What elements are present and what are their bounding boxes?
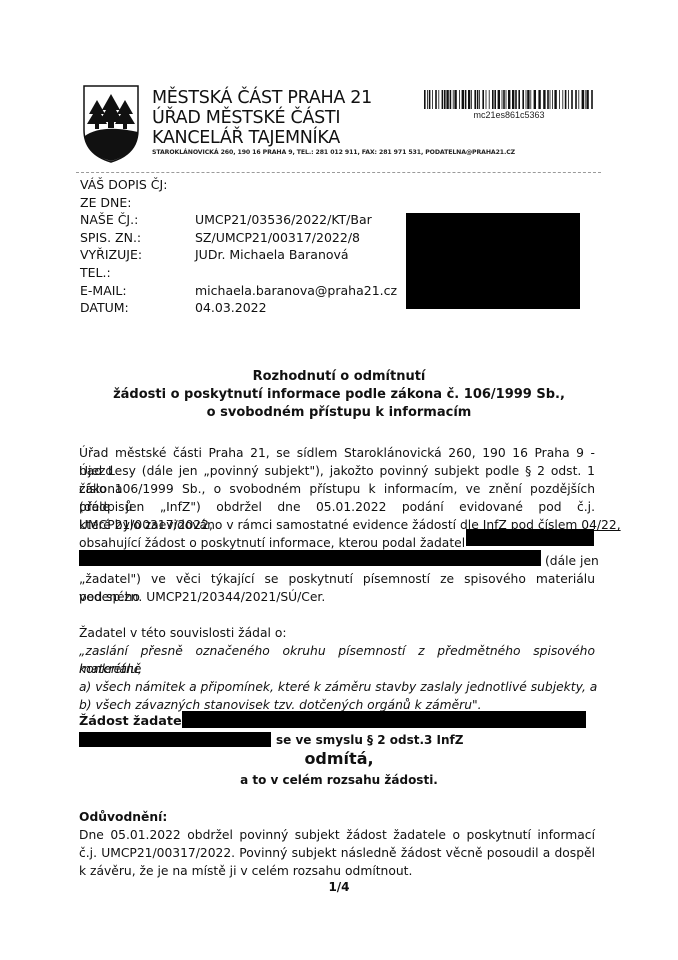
header-divider	[76, 172, 601, 173]
meta-label: NAŠE ČJ.:	[80, 212, 138, 227]
reasoning-line: k závěru, že je na místě ji v celém rozs…	[79, 862, 595, 880]
coat-of-arms-trees-icon	[82, 84, 140, 164]
meta-value: SZ/UMCP21/00317/2022/8	[195, 230, 360, 245]
org-name: MĚSTSKÁ ČÁST PRAHA 21	[152, 88, 372, 108]
request-item-a: a) všech námitek a připomínek, které k z…	[79, 678, 595, 696]
request-lead: Žadatel v této souvislosti žádal o:	[79, 624, 595, 642]
intro-line: pod sp.zn. UMCP21/20344/2021/SÚ/Cer.	[79, 588, 595, 606]
department-name: KANCELÁŘ TAJEMNÍKA	[152, 128, 340, 148]
decision-scope: a to v celém rozsahu žádosti.	[0, 772, 678, 788]
meta-label: E-MAIL:	[80, 283, 127, 298]
document-title: Rozhodnutí o odmítnutí	[0, 368, 678, 386]
meta-value: JUDr. Michaela Baranová	[195, 247, 349, 262]
reasoning-line: č.j. UMCP21/00317/2022. Povinný subjekt …	[79, 844, 595, 862]
barcode	[424, 90, 594, 109]
page-number: 1/4	[0, 880, 678, 894]
meta-label: VYŘIZUJE:	[80, 247, 142, 262]
meta-label: SPIS. ZN.:	[80, 230, 141, 245]
intro-line: (dále jen	[545, 552, 599, 570]
redacted-applicant-name	[466, 529, 594, 546]
redacted-applicant-cont	[79, 732, 271, 747]
meta-value: 04.03.2022	[195, 300, 267, 315]
document-title-line3: o svobodném přístupu k informacím	[0, 404, 678, 422]
contact-address: STAROKLÁNOVICKÁ 260, 190 16 PRAHA 9, TEL…	[152, 149, 515, 156]
reasoning-line: Dne 05.01.2022 obdržel povinný subjekt ž…	[79, 826, 595, 844]
meta-value: michaela.baranova@praha21.cz	[195, 283, 397, 298]
intro-text: které bylo zaevidováno v rámci samostatn…	[79, 518, 483, 532]
redacted-applicant	[182, 711, 586, 728]
request-quote: konkrétně	[79, 660, 595, 678]
barcode-id: mc21es861c5363	[424, 110, 594, 120]
meta-label: DATUM:	[80, 300, 129, 315]
verdict-legal-basis: se ve smyslu § 2 odst.3 InfZ	[276, 731, 463, 749]
meta-label: VÁŠ DOPIS ČJ:	[80, 177, 167, 192]
meta-value: UMCP21/03536/2022/KT/Bar	[195, 212, 372, 227]
redacted-applicant-address	[79, 550, 541, 566]
meta-label: ZE DNE:	[80, 195, 132, 210]
decision: odmítá,	[0, 748, 678, 770]
reasoning-heading: Odůvodnění:	[79, 808, 595, 826]
meta-label: TEL.:	[80, 265, 111, 280]
redacted-recipient-address	[406, 213, 580, 309]
document-title-line2: žádosti o poskytnutí informace podle zák…	[0, 386, 678, 404]
office-name: ÚŘAD MĚSTSKÉ ČÁSTI	[152, 108, 340, 128]
